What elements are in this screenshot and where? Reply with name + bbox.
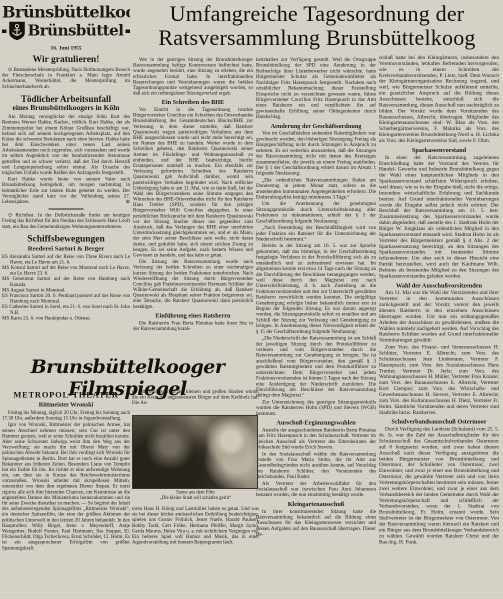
congrats-text: ⊙ Bestandene Meisterprüfung. Nach fünfmo… bbox=[2, 67, 130, 89]
accident-paragraph: Kurt Habke wurde heute von seinem Vater … bbox=[2, 177, 130, 205]
article-paragraph: Wer in der gestrigen Sitzung der Brunsbü… bbox=[133, 57, 253, 96]
article-subhead: Ein Schreiben des BHE bbox=[133, 99, 253, 106]
issue-date: 16. Juni 1955 bbox=[2, 45, 130, 51]
showtimes-text: Freitag bis Montag, täglich 20 Uhr, Frei… bbox=[2, 410, 130, 421]
article-paragraph: Am 11. Mai war die Wahl der Vorsitzenden… bbox=[379, 290, 499, 343]
article-paragraph: In den Sozialausschuß wählte die Ratsver… bbox=[256, 451, 376, 480]
article-subhead: Schulverbandsausschuß Ostermoor bbox=[379, 419, 499, 426]
film-scene-photo bbox=[133, 416, 257, 488]
article-paragraph: Als Vertreter der Arbeiterwohlfahrt für … bbox=[256, 481, 376, 498]
article-column-2: Wer in der gestrigen Sitzung der Brunsbü… bbox=[133, 57, 253, 358]
filmspiegel-right-column: er zum Mitwisser all der kleinen und gro… bbox=[132, 389, 259, 599]
masthead-bar-right bbox=[125, 29, 130, 33]
film-review-continuation-bottom: toren Hans H. König und Lastmüller haben… bbox=[132, 506, 259, 599]
photo-caption-line2: „Die kleine Stadt will schlafen geh'n“ bbox=[132, 496, 259, 502]
ship-movement-item: ES Catherine Sartori in Sorel, eta 21. 6… bbox=[2, 304, 130, 315]
article-subhead: Wahl der Ausschußvorsitzenden bbox=[379, 282, 499, 289]
article-paragraph: Zum Vors. des Finanz- und Steuerausschus… bbox=[379, 345, 499, 416]
shipping-heading: Schiffsbewegungen bbox=[2, 233, 130, 244]
film-review-text: Igor von Wronski, Rittmeister der polnis… bbox=[2, 422, 130, 551]
richtfest-notice: ⊙ Richtfest. In der Delbrückstraße finde… bbox=[2, 213, 130, 230]
anchor-shield-icon bbox=[9, 21, 26, 41]
article-paragraph: Um die Anerkennung der genehmigten Sitzu… bbox=[256, 201, 376, 224]
masthead-bar-left bbox=[2, 29, 7, 33]
article-quote: „Die Niederschrift der Ratsversammlung i… bbox=[256, 336, 376, 399]
film-review-continuation-top: er zum Mitwisser all der kleinen und gro… bbox=[132, 389, 259, 415]
masthead-title-line2: Brünsbüttel bbox=[28, 24, 124, 39]
shipping-subheading: Reederei Sartori & Berger bbox=[2, 244, 130, 252]
article-column-3: heitshalber zur Verfügung gestellt. Weil… bbox=[256, 57, 376, 562]
article-column-4: schluß hatte bei den Kleingärtnern, insb… bbox=[379, 55, 501, 599]
filmspiegel-left-column: METROPOL-THEATER Rittmeister Wronski Fre… bbox=[2, 390, 130, 599]
article-paragraph: Von im Geschäftsleben stehenden Ratsmitg… bbox=[256, 131, 376, 177]
article-paragraph: Anstelle der ausgeschiedenen Ratsherrin … bbox=[256, 427, 376, 450]
article-paragraph: heitshalber zur Verfügung gestellt. Weil… bbox=[256, 57, 376, 120]
film-title: Rittmeister Wronski bbox=[2, 401, 130, 409]
article-paragraph: schluß hatte bei den Kleingärtnern, insb… bbox=[379, 55, 499, 144]
accident-heading-line1: Tödlicher Arbeitsunfall bbox=[2, 94, 130, 103]
ship-movement-item: MS Karin 23. 6. von Haukipudas n. Odense… bbox=[2, 315, 130, 321]
article-paragraph: Die Ratsherrin Frau Berta Plotaitas hatt… bbox=[133, 320, 253, 331]
left-column: Brünsbüttelkoog Brünsbüttel 16. Juni 195… bbox=[2, 4, 130, 362]
theater-name: METROPOL-THEATER bbox=[2, 390, 130, 400]
ship-movement-item: ES Alexandra Sartori auf der Reise von T… bbox=[2, 254, 130, 265]
article-subhead: Aenderung der Geschäftsordnung bbox=[256, 123, 376, 130]
article-quote: „Nach Feststellung der Beschlußfähigkeit… bbox=[256, 225, 376, 242]
film-review-text: er zum Mitwisser all der kleinen und gro… bbox=[132, 389, 259, 406]
section-divider bbox=[49, 209, 84, 210]
headline-line1: Umfangreiche Tagesordnung der bbox=[133, 2, 501, 26]
main-headline: Umfangreiche Tagesordnung der Ratsversam… bbox=[133, 2, 501, 50]
article-subhead: Sparkassenvorstand bbox=[379, 147, 499, 154]
article-paragraph: Bereits in der Sitzung am 16. 5. war zur… bbox=[256, 243, 376, 334]
article-paragraph: Durch Verfügung des Landrats (Schulamt) … bbox=[379, 427, 499, 546]
end-mark-glyph: ⊕ bbox=[120, 199, 130, 205]
article-subhead: Einführung eines Ratsherrn bbox=[133, 312, 253, 319]
congrats-heading: Wir gratulieren! bbox=[2, 54, 130, 65]
masthead-row: Brünsbüttel bbox=[2, 21, 130, 41]
article-subhead: Ausschuß-Ergänzungswahlen bbox=[256, 420, 376, 427]
headline-line2: Ratsversammlung Brunsbüttelkoog bbox=[133, 26, 501, 50]
ship-movement-item: ES Francisca Sartori 20. 6. Pentland pas… bbox=[2, 293, 130, 304]
photo-caption: Szene aus dem Film „Die kleine Stadt wil… bbox=[132, 490, 259, 504]
article-quote: „Die ordentlichen Ratsversammlungen find… bbox=[256, 177, 376, 200]
article-paragraph: Zur Unterzeichnung des gestrigen Sitzung… bbox=[256, 399, 376, 416]
article-paragraph: Die Sitzung der Ratsversammlung wurde na… bbox=[133, 259, 253, 309]
ship-movement-item: MS Geheimrat Sartori auf der Reise von H… bbox=[2, 276, 130, 287]
newspaper-page: Brünsbüttelkoog Brünsbüttel 16. Juni 195… bbox=[0, 0, 503, 599]
masthead-title-line1: Brünsbüttelkoog bbox=[2, 4, 130, 20]
accident-paragraph-text: Kurt Habke wurde heute von seinem Vater … bbox=[2, 177, 130, 205]
article-paragraph: In einer der Ratsversammlung zugeleitete… bbox=[379, 155, 499, 280]
article-paragraph: Vor Eintritt in die Tagesordnung brachte… bbox=[133, 107, 253, 258]
film-review-text: toren Hans H. König und Lastmüller haben… bbox=[132, 506, 259, 545]
article-paragraph: In ihrer konstituierenden Sitzung hatte … bbox=[256, 509, 376, 538]
ship-movement-item: MS Konsul Sartori auf der Reise von Mont… bbox=[2, 265, 130, 276]
accident-paragraph: Am Montag verunglückte der einzige Sohn … bbox=[2, 114, 130, 176]
article-subhead: Kleingartenausschuß bbox=[256, 501, 376, 508]
accident-heading-line2: eines Brunsbüttelkoogers in Köln bbox=[2, 104, 130, 112]
